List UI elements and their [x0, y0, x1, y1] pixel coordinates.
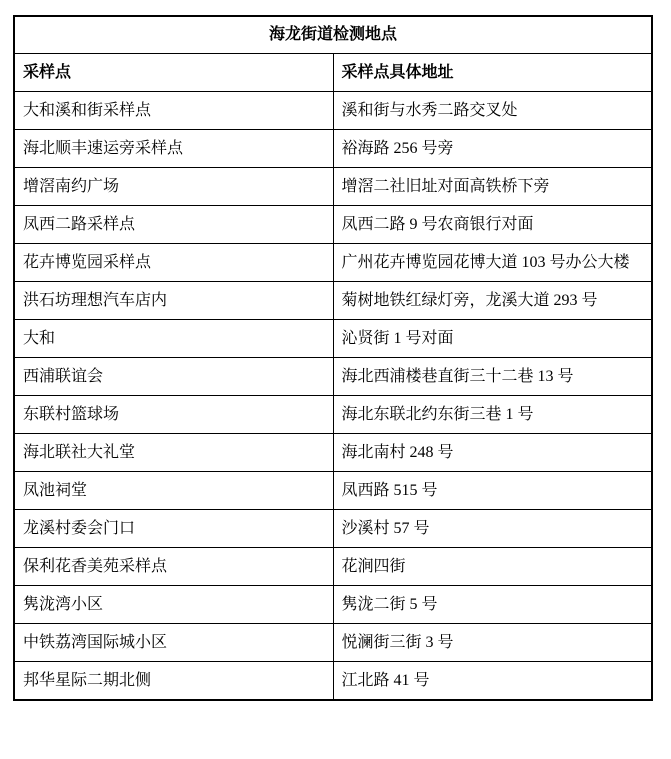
table-row: 洪石坊理想汽车店内菊树地铁红绿灯旁，龙溪大道 293 号: [14, 282, 652, 320]
sample-point-cell: 东联村篮球场: [14, 396, 333, 434]
address-cell: 海北西浦楼巷直街三十二巷 13 号: [333, 358, 652, 396]
table-row: 西浦联谊会海北西浦楼巷直街三十二巷 13 号: [14, 358, 652, 396]
sample-point-cell: 海北联社大礼堂: [14, 434, 333, 472]
column-header-sample-point: 采样点: [14, 54, 333, 92]
table-row: 海北联社大礼堂海北南村 248 号: [14, 434, 652, 472]
address-cell: 广州花卉博览园花博大道 103 号办公大楼: [333, 244, 652, 282]
sample-point-cell: 洪石坊理想汽车店内: [14, 282, 333, 320]
sampling-location-table: 海龙街道检测地点 采样点 采样点具体地址 大和溪和街采样点溪和街与水秀二路交叉处…: [13, 15, 653, 701]
address-cell: 凤西二路 9 号农商银行对面: [333, 206, 652, 244]
sample-point-cell: 中铁荔湾国际城小区: [14, 624, 333, 662]
sample-point-cell: 保利花香美苑采样点: [14, 548, 333, 586]
sample-point-cell: 大和: [14, 320, 333, 358]
table-row: 龙溪村委会门口沙溪村 57 号: [14, 510, 652, 548]
address-cell: 裕海路 256 号旁: [333, 130, 652, 168]
table-row: 大和沁贤街 1 号对面: [14, 320, 652, 358]
sample-point-cell: 花卉博览园采样点: [14, 244, 333, 282]
table-row: 保利花香美苑采样点花涧四街: [14, 548, 652, 586]
title-row: 海龙街道检测地点: [14, 16, 652, 54]
sample-point-cell: 邦华星际二期北侧: [14, 662, 333, 701]
table-row: 凤西二路采样点凤西二路 9 号农商银行对面: [14, 206, 652, 244]
table-row: 邦华星际二期北侧江北路 41 号: [14, 662, 652, 701]
address-cell: 沁贤街 1 号对面: [333, 320, 652, 358]
sample-point-cell: 海北顺丰速运旁采样点: [14, 130, 333, 168]
address-cell: 悦澜街三街 3 号: [333, 624, 652, 662]
column-header-address: 采样点具体地址: [333, 54, 652, 92]
sample-point-cell: 隽泷湾小区: [14, 586, 333, 624]
address-cell: 增滘二社旧址对面高铁桥下旁: [333, 168, 652, 206]
address-cell: 海北南村 248 号: [333, 434, 652, 472]
table-row: 隽泷湾小区隽泷二街 5 号: [14, 586, 652, 624]
document-page: 海龙街道检测地点 采样点 采样点具体地址 大和溪和街采样点溪和街与水秀二路交叉处…: [0, 0, 671, 759]
address-cell: 隽泷二街 5 号: [333, 586, 652, 624]
address-cell: 溪和街与水秀二路交叉处: [333, 92, 652, 130]
table-row: 增滘南约广场增滘二社旧址对面高铁桥下旁: [14, 168, 652, 206]
table-row: 中铁荔湾国际城小区悦澜街三街 3 号: [14, 624, 652, 662]
table-row: 花卉博览园采样点广州花卉博览园花博大道 103 号办公大楼: [14, 244, 652, 282]
table-row: 大和溪和街采样点溪和街与水秀二路交叉处: [14, 92, 652, 130]
address-cell: 凤西路 515 号: [333, 472, 652, 510]
sample-point-cell: 西浦联谊会: [14, 358, 333, 396]
table-row: 东联村篮球场海北东联北约东街三巷 1 号: [14, 396, 652, 434]
sample-point-cell: 龙溪村委会门口: [14, 510, 333, 548]
sample-point-cell: 凤西二路采样点: [14, 206, 333, 244]
address-cell: 海北东联北约东街三巷 1 号: [333, 396, 652, 434]
address-cell: 江北路 41 号: [333, 662, 652, 701]
table-row: 海北顺丰速运旁采样点裕海路 256 号旁: [14, 130, 652, 168]
sample-point-cell: 大和溪和街采样点: [14, 92, 333, 130]
header-row: 采样点 采样点具体地址: [14, 54, 652, 92]
table-row: 凤池祠堂凤西路 515 号: [14, 472, 652, 510]
table-body: 大和溪和街采样点溪和街与水秀二路交叉处海北顺丰速运旁采样点裕海路 256 号旁增…: [14, 92, 652, 701]
address-cell: 菊树地铁红绿灯旁，龙溪大道 293 号: [333, 282, 652, 320]
address-cell: 沙溪村 57 号: [333, 510, 652, 548]
sample-point-cell: 增滘南约广场: [14, 168, 333, 206]
sample-point-cell: 凤池祠堂: [14, 472, 333, 510]
address-cell: 花涧四街: [333, 548, 652, 586]
table-title: 海龙街道检测地点: [14, 16, 652, 54]
